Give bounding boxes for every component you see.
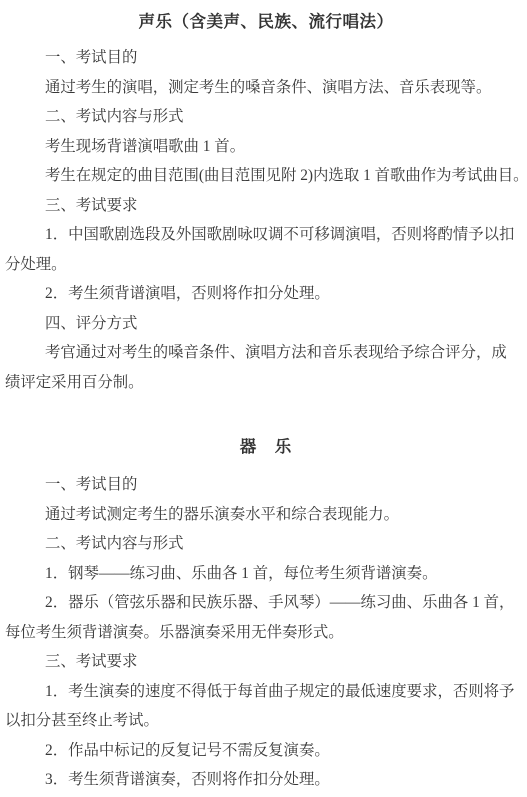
text-line: 二、考试内容与形式 (5, 102, 527, 132)
text-line: 1．中国歌剧选段及外国歌剧咏叹调不可移调演唱，否则将酌情予以扣 (5, 220, 527, 250)
text-line: 2．考生须背谱演唱，否则将作扣分处理。 (5, 279, 527, 309)
text-line: 考生在规定的曲目范围(曲目范围见附 2)内选取 1 首歌曲作为考试曲目。 (5, 161, 527, 191)
text-line: 一、考试目的 (5, 43, 527, 73)
text-line: 3．考生须背谱演奏，否则将作扣分处理。 (5, 765, 527, 795)
vocal-section-body: 一、考试目的 通过考生的演唱，测定考生的嗓音条件、演唱方法、音乐表现等。 二、考… (5, 43, 527, 397)
text-line: 一、考试目的 (5, 470, 527, 500)
instrumental-section: 器 乐 一、考试目的 通过考试测定考生的器乐演奏水平和综合表现能力。 二、考试内… (5, 433, 527, 795)
instrumental-section-body: 一、考试目的 通过考试测定考生的器乐演奏水平和综合表现能力。 二、考试内容与形式… (5, 470, 527, 795)
text-line: 考生现场背谱演唱歌曲 1 首。 (5, 132, 527, 162)
text-line: 三、考试要求 (5, 191, 527, 221)
text-line: 1．考生演奏的速度不得低于每首曲子规定的最低速度要求，否则将予 (5, 677, 527, 707)
text-line: 二、考试内容与形式 (5, 529, 527, 559)
text-line: 以扣分甚至终止考试。 (5, 706, 527, 736)
text-line: 1．钢琴——练习曲、乐曲各 1 首，每位考生须背谱演奏。 (5, 559, 527, 589)
text-line: 2．器乐（管弦乐器和民族乐器、手风琴）——练习曲、乐曲各 1 首， (5, 588, 527, 618)
vocal-section-title: 声乐（含美声、民族、流行唱法） (5, 8, 527, 37)
instrumental-section-title: 器 乐 (5, 433, 527, 462)
text-line: 通过考试测定考生的器乐演奏水平和综合表现能力。 (5, 500, 527, 530)
text-line: 2．作品中标记的反复记号不需反复演奏。 (5, 736, 527, 766)
text-line: 考官通过对考生的嗓音条件、演唱方法和音乐表现给予综合评分，成 (5, 338, 527, 368)
text-line: 通过考生的演唱，测定考生的嗓音条件、演唱方法、音乐表现等。 (5, 73, 527, 103)
text-line: 绩评定采用百分制。 (5, 368, 527, 398)
text-line: 四、评分方式 (5, 309, 527, 339)
text-line: 三、考试要求 (5, 647, 527, 677)
text-line: 每位考生须背谱演奏。乐器演奏采用无伴奏形式。 (5, 618, 527, 648)
vocal-section: 声乐（含美声、民族、流行唱法） 一、考试目的 通过考生的演唱，测定考生的嗓音条件… (5, 8, 527, 397)
document-page: 声乐（含美声、民族、流行唱法） 一、考试目的 通过考生的演唱，测定考生的嗓音条件… (0, 0, 527, 797)
text-line: 分处理。 (5, 250, 527, 280)
